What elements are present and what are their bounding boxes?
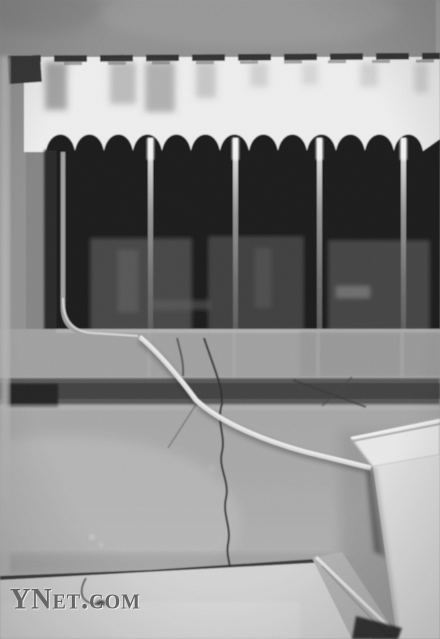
photo-canvas [0, 0, 440, 639]
photo: YNet.com [0, 0, 440, 639]
watermark-text: YNet.com [10, 583, 141, 616]
vignette [0, 0, 440, 639]
